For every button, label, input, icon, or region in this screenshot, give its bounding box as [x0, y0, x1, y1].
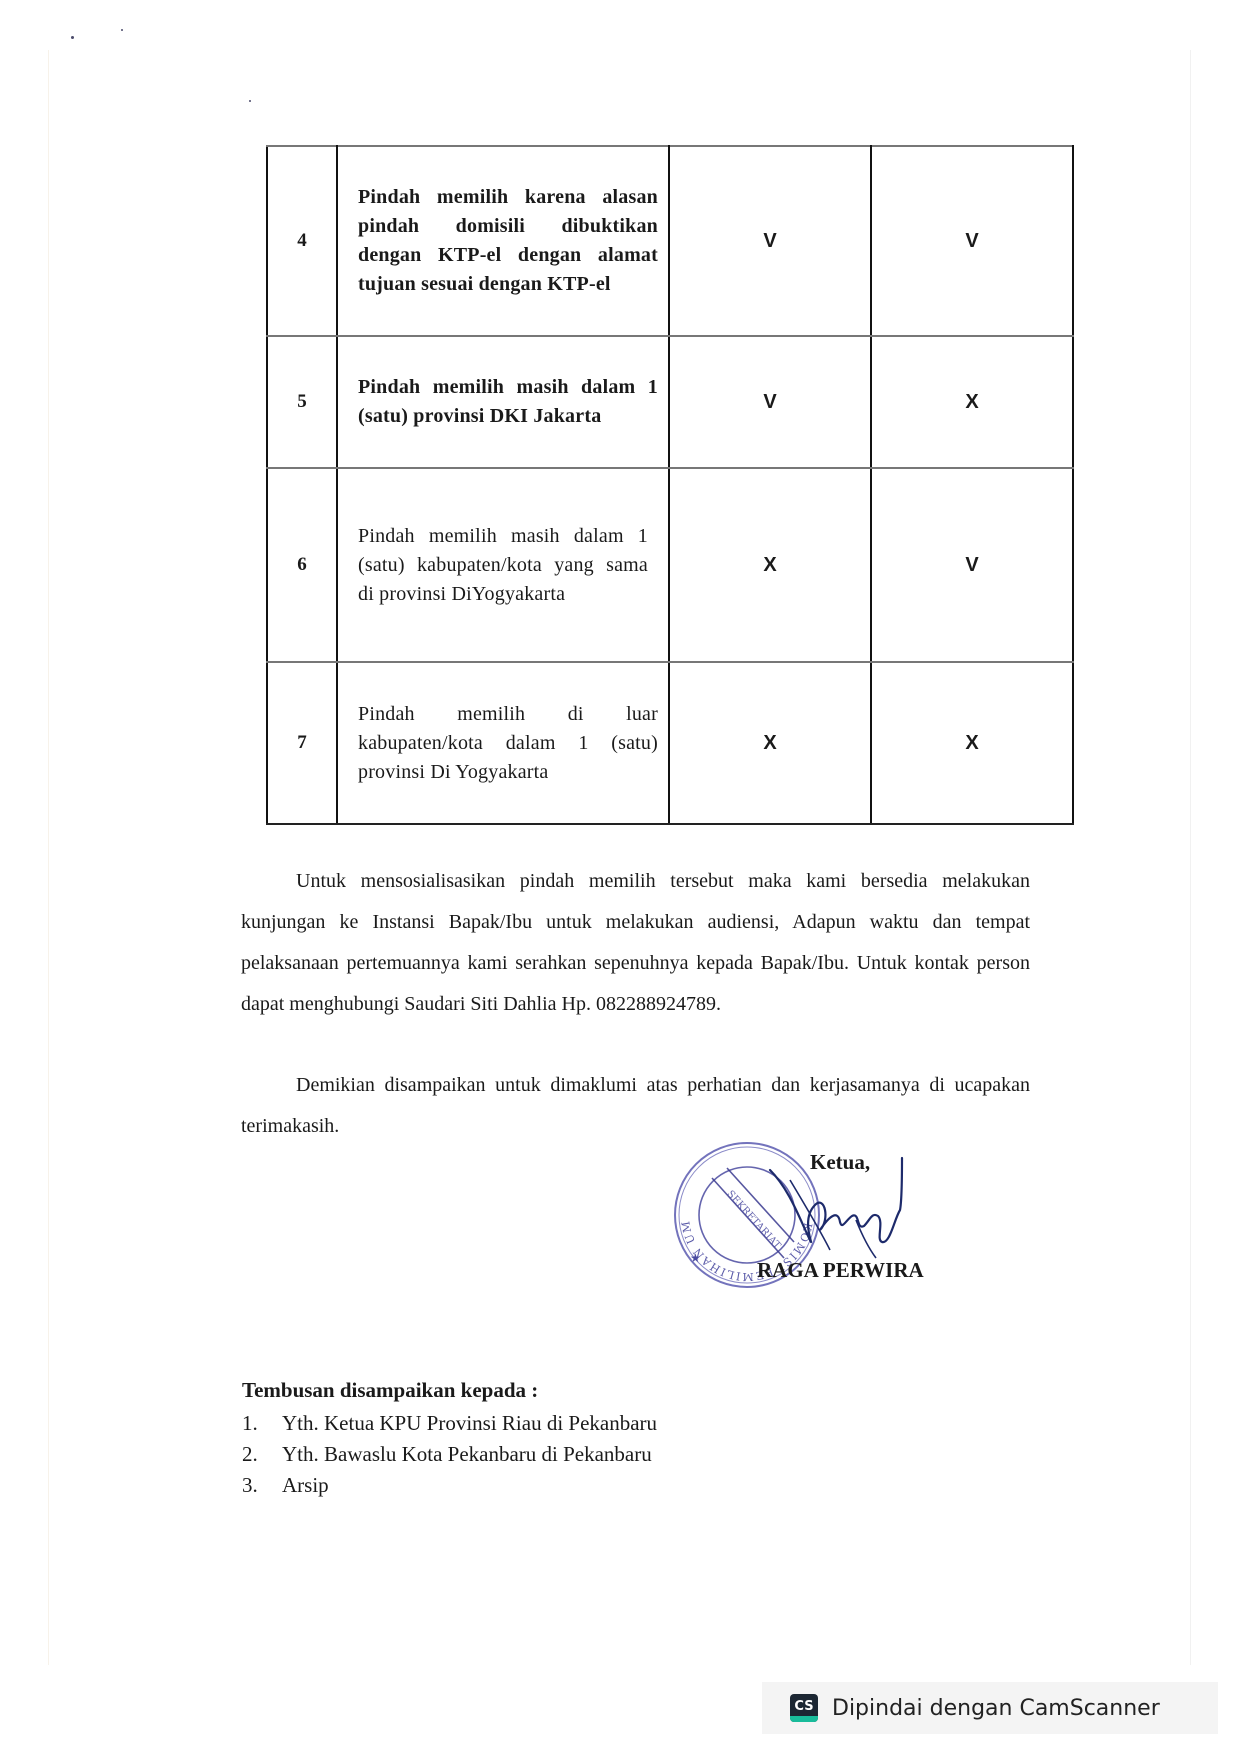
description-text: Pindah memilih karena alasan pindah domi…	[358, 183, 658, 299]
list-number: 1.	[242, 1408, 282, 1439]
row-description: Pindah memilih di luar kabupaten/kota da…	[337, 662, 669, 824]
svg-text:★: ★	[690, 1251, 701, 1265]
row-description: Pindah memilih masih dalam 1 (satu) prov…	[337, 336, 669, 468]
row-description: Pindah memilih karena alasan pindah domi…	[337, 146, 669, 336]
scan-speck	[71, 36, 74, 39]
table-row: 7 Pindah memilih di luar kabupaten/kota …	[267, 662, 1073, 824]
page-edge-right	[1190, 50, 1191, 1665]
camscanner-text: Dipindai dengan CamScanner	[832, 1696, 1160, 1721]
camscanner-logo-icon: CS	[790, 1694, 818, 1722]
list-item: 3.Arsip	[242, 1470, 657, 1501]
signatory-name: RAGA PERWIRA	[757, 1258, 924, 1283]
list-item: 1.Yth. Ketua KPU Provinsi Riau di Pekanb…	[242, 1408, 657, 1439]
body-paragraph-closing: Demikian disampaikan untuk dimaklumi ata…	[241, 1065, 1030, 1147]
mark-col-b: X	[871, 662, 1073, 824]
description-text: Pindah memilih masih dalam 1 (satu) kabu…	[358, 522, 658, 609]
list-text: Yth. Bawaslu Kota Pekanbaru di Pekanbaru	[282, 1442, 652, 1466]
voter-transfer-table: 4 Pindah memilih karena alasan pindah do…	[266, 145, 1074, 825]
mark-col-b: V	[871, 146, 1073, 336]
description-text: Pindah memilih masih dalam 1 (satu) prov…	[358, 373, 658, 431]
list-number: 2.	[242, 1439, 282, 1470]
row-number: 5	[267, 336, 337, 468]
scan-speck	[121, 29, 123, 31]
handwritten-signature-icon	[760, 1150, 920, 1270]
scan-speck	[249, 100, 251, 102]
list-number: 3.	[242, 1470, 282, 1501]
table-row: 6 Pindah memilih masih dalam 1 (satu) ka…	[267, 468, 1073, 662]
mark-col-a: V	[669, 146, 871, 336]
camscanner-watermark: CS Dipindai dengan CamScanner	[762, 1682, 1218, 1734]
body-paragraph-contact: Untuk mensosialisasikan pindah memilih t…	[241, 861, 1030, 1025]
mark-col-a: V	[669, 336, 871, 468]
mark-col-b: V	[871, 468, 1073, 662]
row-number: 6	[267, 468, 337, 662]
row-number: 4	[267, 146, 337, 336]
description-text: Pindah memilih di luar kabupaten/kota da…	[358, 700, 658, 787]
list-text: Arsip	[282, 1473, 329, 1497]
list-text: Yth. Ketua KPU Provinsi Riau di Pekanbar…	[282, 1411, 657, 1435]
row-number: 7	[267, 662, 337, 824]
mark-col-a: X	[669, 468, 871, 662]
table-row: 4 Pindah memilih karena alasan pindah do…	[267, 146, 1073, 336]
cc-heading: Tembusan disampaikan kepada :	[242, 1378, 538, 1403]
page-edge-left	[48, 50, 49, 1665]
cc-list: 1.Yth. Ketua KPU Provinsi Riau di Pekanb…	[242, 1408, 657, 1501]
table-row: 5 Pindah memilih masih dalam 1 (satu) pr…	[267, 336, 1073, 468]
mark-col-a: X	[669, 662, 871, 824]
row-description: Pindah memilih masih dalam 1 (satu) kabu…	[337, 468, 669, 662]
list-item: 2.Yth. Bawaslu Kota Pekanbaru di Pekanba…	[242, 1439, 657, 1470]
mark-col-b: X	[871, 336, 1073, 468]
